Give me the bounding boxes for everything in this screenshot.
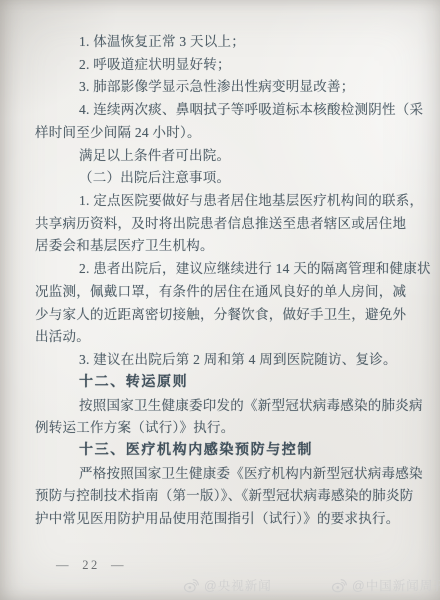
weibo-icon [331,578,348,593]
watermark-handle: @央视新闻 [204,576,272,594]
document-line: 按照国家卫生健康委印发的《新型冠状病毒感染的肺炎病 [35,395,419,418]
document-body: 1. 体温恢复正常 3 天以上；2. 呼吸道症状明显好转；3. 肺部影像学显示急… [35,31,419,531]
document-line: 3. 肺部影像学显示急性渗出性病变明显改善； [35,76,419,99]
watermark-china-newsweek: @中国新闻周刊 [331,576,440,594]
document-line: 1. 体温恢复正常 3 天以上； [35,31,419,54]
document-line: 况监测，佩戴口罩，有条件的居住在通风良好的单人房间，减 [35,281,419,304]
weibo-icon [183,578,200,593]
watermark-cctv-news: @央视新闻 [183,576,272,594]
document-line: 严格按照国家卫生健康委《医疗机构内新型冠状病毒感染 [35,463,419,486]
document-line: 1. 定点医院要做好与患者居住地基层医疗机构间的联系， [35,190,419,213]
document-line: 4. 连续两次痰、鼻咽拭子等呼吸道标本核酸检测阴性（采 [35,99,419,122]
document-line: 居委会和基层医疗卫生机构。 [35,235,419,258]
document-line: 共享病历资料，及时将出院患者信息推送至患者辖区或居住地 [35,213,419,236]
document-line: 样时间至少间隔 24 小时）。 [35,122,419,145]
document-line: 2. 患者出院后，建议应继续进行 14 天的隔离管理和健康状 [35,258,419,281]
section-heading: 十三、医疗机构内感染预防与控制 [35,440,419,463]
document-line: 护中常见医用防护用品使用范围指引（试行）》的要求执行。 [35,508,419,531]
page-number: — 22 — [56,558,126,573]
watermark-handle: @中国新闻周刊 [352,576,440,594]
document-line: 满足以上条件者可出院。 [35,145,419,168]
document-line: （二）出院后注意事项。 [35,167,419,190]
scanned-document-page: { "document": { "page_number": "— 22 —",… [0,0,440,600]
document-line: 出活动。 [35,326,419,349]
document-line: 少与家人的近距离密切接触，分餐饮食，做好手卫生，避免外 [35,304,419,327]
document-line: 2. 呼吸道症状明显好转； [35,54,419,77]
document-line: 3. 建议在出院后第 2 周和第 4 周到医院随访、复诊。 [35,349,419,372]
document-line: 例转运工作方案（试行）》执行。 [35,417,419,440]
document-line: 预防与控制技术指南（第一版）》、《新型冠状病毒感染的肺炎防 [35,485,419,508]
section-heading: 十二、转运原则 [35,372,419,395]
